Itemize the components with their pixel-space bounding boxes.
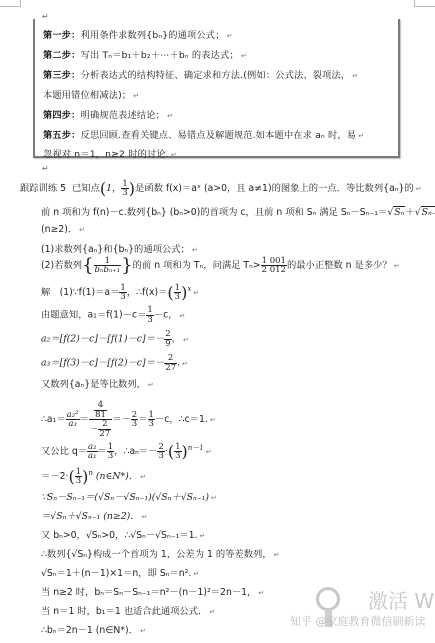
paragraph-mark: ↵	[182, 360, 188, 368]
solution-text: ＝－2·	[41, 471, 68, 482]
paragraph-mark: ↵	[193, 570, 199, 578]
paragraph-mark: ↵	[133, 92, 139, 100]
solution-text: (n∈N*)．	[93, 471, 138, 482]
solution-line-9: ∵Sₙ－Sₙ₋₁＝(√Sₙ－√Sₙ₋₁)(√Sₙ＋√Sₙ₋₁)↵	[41, 489, 217, 503]
denominator: a₃	[66, 420, 80, 429]
step-label: 第二步：	[43, 50, 81, 61]
solution-line-13: √Sₙ＝1＋(n－1)×1＝n，即 Sₙ＝n².↵	[41, 565, 199, 579]
point-x: 1，	[106, 183, 121, 194]
paragraph-mark: ↵	[274, 551, 280, 559]
denominator: 3	[146, 316, 153, 325]
step-text: 忽视对 n＝1，n≥2 时的讨论.	[43, 149, 169, 160]
activate-windows-text: 激活 Wi	[368, 585, 435, 614]
solution-text: √Sₙ＝1＋(n－1)×1＝n，即 Sₙ＝n².	[41, 568, 191, 579]
page-corner-mark-top-right	[414, 0, 435, 7]
paragraph-mark: ↵	[192, 246, 198, 254]
solution-text: －c，∴c＝1.	[155, 414, 208, 425]
problem-line-1: 跟踪训练 5 已知点(1，13)是函数 f(x)＝aˣ (a>0，且 a≠1)的…	[20, 179, 422, 198]
minus-sign: －	[90, 425, 99, 435]
fraction: 23	[157, 443, 164, 461]
problem-line-2: 前 n 项和为 f(n)－c.数列{bₙ} (bₙ>0)的首项为 c，且前 n …	[41, 204, 435, 218]
solution-text: ＝－	[112, 414, 131, 425]
key-icon-stem	[325, 609, 332, 627]
paragraph-mark: ↵	[210, 416, 216, 424]
equals: ＝	[138, 414, 147, 425]
solution-text: ＝√Sₙ＋√Sₙ₋₁ (n≥2)．	[41, 511, 140, 522]
fraction: a₂²a₃	[66, 411, 80, 429]
denominator: 2 012	[261, 266, 287, 275]
paragraph-mark: ↵	[171, 151, 177, 159]
paragraph-mark: ↵	[140, 627, 146, 635]
solution-text: 又 bₙ>0，√Sₙ>0，∴√Sₙ－√Sₙ₋₁＝1.	[41, 530, 197, 541]
denominator: 3	[174, 452, 181, 461]
step-text: 反思回顾.查看关键点、易错点及解题规范.如本题中在求 aₙ 时，易	[81, 130, 357, 141]
solution-line-16: ∴bₙ＝2n－1 (n∈N*)．↵	[41, 622, 146, 636]
problem-text: 前 n 项和为 f(n)－c.数列{bₙ} (bₙ>0)的首项为 c，且前 n …	[41, 207, 387, 218]
step-label: 第四步：	[43, 110, 81, 121]
steps-box: 第一步：利用条件求数列{bₙ}的通项公式；↵ 第二步：写出 Tₙ＝b₁＋b₂＋⋯…	[33, 19, 400, 158]
solution-text: ∵Sₙ－Sₙ₋₁＝(√Sₙ－√Sₙ₋₁)(√Sₙ＋√Sₙ₋₁)	[41, 492, 209, 503]
denominator: 3	[174, 293, 181, 302]
paragraph-mark: ↵	[227, 32, 233, 40]
paragraph-mark: ↵	[193, 289, 199, 297]
denominator: a₁	[87, 452, 97, 461]
paragraph-mark: ↵	[358, 132, 364, 140]
solution-text: ∴数列{√Sₙ}构成一个首项为 1，公差为 1 的等差数列，	[41, 549, 272, 560]
denominator: 9	[164, 340, 171, 349]
paragraph-mark: ↵	[394, 262, 400, 270]
paragraph-mark: ↵	[142, 513, 148, 521]
solution-line-1: 解 (1)∵f(1)＝a＝13，∴f(x)＝(13)x↵	[41, 283, 199, 302]
paragraph-mark: ↵	[209, 608, 215, 616]
solution-text: －c，	[154, 310, 178, 321]
compound-numerator: 481	[89, 401, 112, 420]
problem-text: 是函数 f(x)＝aˣ (a>0，且 a≠1)的图象上的一点．等比数列{aₙ}的	[135, 183, 414, 194]
fraction: 227	[164, 354, 177, 372]
step-line-2: 第二步：写出 Tₙ＝b₁＋b₂＋⋯＋bₙ 的表达式；↵	[43, 47, 247, 61]
question-text: (1)求数列{aₙ}和{bₙ}的通项公式；	[41, 244, 190, 255]
solution-line-5: 又数列{aₙ}是等比数列，↵	[41, 376, 154, 390]
solution-line-7: 又公比 q＝a₂a₁＝13，∴aₙ＝－23·(13)n－1↵	[41, 442, 212, 461]
paragraph-mark: ↵	[79, 226, 85, 234]
key-icon	[316, 587, 340, 611]
question-text: 的前 n 项和为 Tₙ，问满足 Tₙ>	[133, 260, 261, 271]
solution-line-14: 当 n≥2 时，bₙ＝Sₙ－Sₙ₋₁＝n²－(n－1)²＝2n－1，↵	[41, 584, 264, 598]
solution-text: 由题意知，a₁＝f(1)－c＝	[41, 310, 146, 321]
step-text: 明确规范表述结论；	[81, 110, 166, 121]
paragraph-mark: ↵	[352, 72, 358, 80]
step-line-5-cont: 忽视对 n＝1，n≥2 时的讨论.↵	[43, 146, 177, 160]
problem-line-3: (n≥2)．↵	[41, 221, 85, 235]
question-1: (1)求数列{aₙ}和{bₙ}的通项公式；↵	[41, 241, 198, 255]
solution-text: ，∴f(x)＝	[127, 287, 168, 298]
solution-text: .	[177, 358, 180, 369]
fraction: 227	[98, 420, 111, 438]
compound-denominator: －227	[89, 420, 112, 438]
solution-text: ∴bₙ＝2n－1 (n∈N*)．	[41, 625, 138, 636]
watermark: 激活 Wi 知乎 @家庭教育微信刷新读	[278, 585, 435, 640]
paragraph-mark: ↵	[206, 448, 212, 456]
problem-text: 已知点	[72, 183, 100, 194]
radicand: Sₙ	[393, 206, 405, 218]
fraction: 13	[174, 284, 181, 302]
solution-line-3: a₂＝[f(2)－c]－[f(1)－c]＝－29，↵	[41, 330, 189, 348]
fraction: 13	[174, 443, 181, 461]
question-2: (2)若数列{1bₙbₙ₊₁}的前 n 项和为 Tₙ，问满足 Tₙ>1 0012…	[41, 255, 400, 276]
paragraph-mark: ↵	[148, 381, 154, 389]
exponent: n－1	[188, 444, 204, 452]
step-text: 写出 Tₙ＝b₁＋b₂＋⋯＋bₙ 的表达式；	[81, 50, 239, 61]
paragraph-mark: ↵	[183, 336, 189, 344]
question-text: 的最小正整数 n 是多少？	[287, 260, 392, 271]
paragraph-mark: ↵	[211, 494, 217, 502]
solution-line-12: ∴数列{√Sₙ}构成一个首项为 1，公差为 1 的等差数列，↵	[41, 546, 280, 560]
denominator: 27	[98, 430, 111, 439]
denominator: 81	[94, 411, 107, 420]
solution-line-11: 又 bₙ>0，√Sₙ>0，∴√Sₙ－√Sₙ₋₁＝1.↵	[41, 527, 205, 541]
step-label: 第五步：	[43, 130, 81, 141]
exponent: x	[187, 285, 191, 293]
denominator: 3	[157, 452, 164, 461]
denominator: 3	[119, 293, 126, 302]
denominator: 3	[121, 189, 128, 198]
solution-line-6: ∴a₁＝a₂²a₃＝481－227＝－23＝13－c，∴c＝1.↵	[41, 401, 216, 438]
denominator: bₙbₙ₊₁	[94, 266, 122, 275]
threshold-fraction: 1 0012 012	[261, 257, 287, 275]
radicand: Sₙ₋₁	[421, 206, 435, 218]
brace-close: }	[121, 255, 132, 276]
step-text: 本题用错位相减法)；	[43, 90, 131, 101]
solution-text: 又公比 q＝	[41, 446, 87, 457]
solution-text: ，	[172, 334, 181, 345]
fraction: 481	[94, 401, 107, 419]
paragraph-mark: ↵	[258, 589, 264, 597]
problem-text: (n≥2)．	[41, 224, 77, 235]
solution-text: ∴a₁＝	[41, 414, 66, 425]
page-corner-mark-top-left	[0, 0, 21, 7]
solution-line-2: 由题意知，a₁＝f(1)－c＝13－c，↵	[41, 306, 185, 324]
equals: ＝	[98, 446, 107, 457]
paragraph-mark: ↵	[42, 164, 49, 173]
solution-line-10: ＝√Sₙ＋√Sₙ₋₁ (n≥2)．↵	[41, 508, 147, 522]
paragraph-mark: ↵	[241, 52, 247, 60]
step-line-4: 第四步：明确规范表述结论；↵	[43, 107, 173, 121]
solution-text: 又数列{aₙ}是等比数列，	[41, 379, 146, 390]
paragraph-mark: ↵	[180, 312, 186, 320]
brace-open: {	[82, 255, 93, 276]
fraction: 13	[148, 411, 155, 429]
denominator: 3	[148, 420, 155, 429]
solution-line-15: 当 n＝1 时，b₁＝1 也适合此通项公式．↵	[41, 603, 215, 617]
denominator: 27	[164, 364, 177, 373]
solution-line-4: a₃＝[f(3)－c]－[f(2)－c]＝－227.↵	[41, 354, 188, 372]
step-label: 第三步：	[43, 70, 81, 81]
sqrt-Sn: √Sₙ	[387, 206, 405, 218]
fraction: 13	[119, 284, 126, 302]
reciprocal-fraction: 1bₙbₙ₊₁	[94, 257, 122, 275]
plus-sign: ＋	[405, 207, 414, 218]
fraction: 29	[164, 330, 171, 348]
sqrt-Sn-1: √Sₙ₋₁	[415, 206, 435, 218]
solution-text: ，∴aₙ＝－	[114, 446, 157, 457]
step-text: 利用条件求数列{bₙ}的通项公式；	[81, 30, 225, 41]
question-text: (2)若数列	[41, 260, 82, 271]
point-y-fraction: 13	[121, 180, 128, 198]
fraction: a₂a₁	[87, 443, 97, 461]
fraction: 13	[146, 306, 153, 324]
equals: ＝	[80, 414, 89, 425]
paragraph-mark: ↵	[140, 473, 146, 481]
solution-line-8: ＝－2·(13)n (n∈N*)．↵	[41, 467, 146, 486]
paragraph-mark: ↵	[416, 185, 422, 193]
paragraph-mark: ↵	[199, 532, 205, 540]
step-text: 分析表达式的结构特征、确定求和方法.(例如：公式法、裂项法，	[81, 70, 351, 81]
step-line-5: 第五步：反思回顾.查看关键点、易错点及解题规范.如本题中在求 aₙ 时，易↵	[43, 127, 364, 141]
step-label: 第一步：	[43, 30, 81, 41]
step-line-3-cont: 本题用错位相减法)；↵	[43, 87, 139, 101]
solution-text: a₂＝[f(2)－c]－[f(1)－c]＝－	[41, 334, 164, 345]
solution-text: 当 n≥2 时，bₙ＝Sₙ－Sₙ₋₁＝n²－(n－1)²＝2n－1，	[41, 587, 256, 598]
solution-text: 解 (1)∵f(1)＝a＝	[41, 287, 119, 298]
step-line-1: 第一步：利用条件求数列{bₙ}的通项公式；↵	[43, 27, 233, 41]
compound-fraction: 481－227	[89, 401, 112, 438]
solution-text: 当 n＝1 时，b₁＝1 也适合此通项公式．	[41, 606, 207, 617]
paragraph-mark: ↵	[167, 112, 173, 120]
step-line-3: 第三步：分析表达式的结构特征、确定求和方法.(例如：公式法、裂项法，↵	[43, 67, 358, 81]
zhihu-watermark-text: 知乎 @家庭教育微信刷新读	[290, 613, 426, 629]
solution-text: a₃＝[f(3)－c]－[f(2)－c]＝－	[41, 358, 164, 369]
problem-label: 跟踪训练 5	[20, 183, 66, 194]
